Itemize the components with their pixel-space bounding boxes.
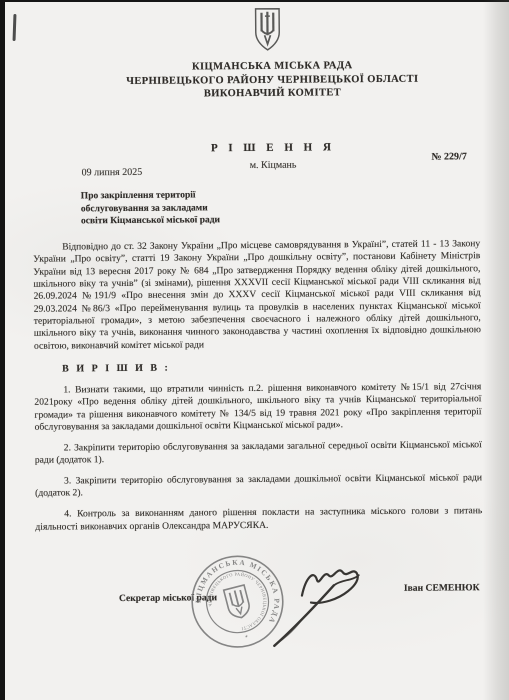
ukraine-trident-emblem-icon: [250, 7, 284, 52]
stamp-trident-icon: [224, 585, 252, 620]
resolution-item-2: 2. Закріпити територію обслуговування за…: [35, 439, 482, 467]
subject-line: Про закріплення території: [81, 189, 220, 203]
scanned-document-page: КІЦМАНСЬКА МІСЬКА РАДА ЧЕРНІВЕЦЬКОГО РАЙ…: [0, 0, 509, 700]
resolution-item-1: 1. Визнати такими, що втратили чинність …: [34, 381, 481, 434]
signer-name: Іван СЕМЕНЮК: [404, 582, 480, 594]
subject-line: обслуговування за закладами: [81, 202, 220, 216]
org-header: КІЦМАНСЬКА МІСЬКА РАДА ЧЕРНІВЕЦЬКОГО РАЙ…: [38, 58, 507, 102]
resolution-item-3: 3. Закріпити територію обслуговування за…: [35, 472, 482, 500]
resolution-item-4: 4. Контроль за виконанням даного рішення…: [35, 505, 482, 533]
org-committee: ВИКОНАВЧИЙ КОМІТЕТ: [38, 85, 507, 102]
document-content: КІЦМАНСЬКА МІСЬКА РАДА ЧЕРНІВЕЦЬКОГО РАЙ…: [0, 0, 509, 700]
document-subject: Про закріплення території обслуговування…: [81, 189, 220, 228]
handwritten-signature: [264, 553, 363, 654]
preamble-paragraph: Відповідно до ст. 32 Закону України „Про…: [33, 238, 481, 353]
stamp-bottom-stars: ✶: [244, 634, 249, 640]
document-body: Відповідно до ст. 32 Закону України „Про…: [33, 238, 482, 533]
resolved-heading: В И Р І Ш И В :: [62, 360, 481, 376]
document-number: № 229/7: [431, 151, 466, 162]
subject-line: освіти Кіцманської міської ради: [81, 214, 220, 228]
